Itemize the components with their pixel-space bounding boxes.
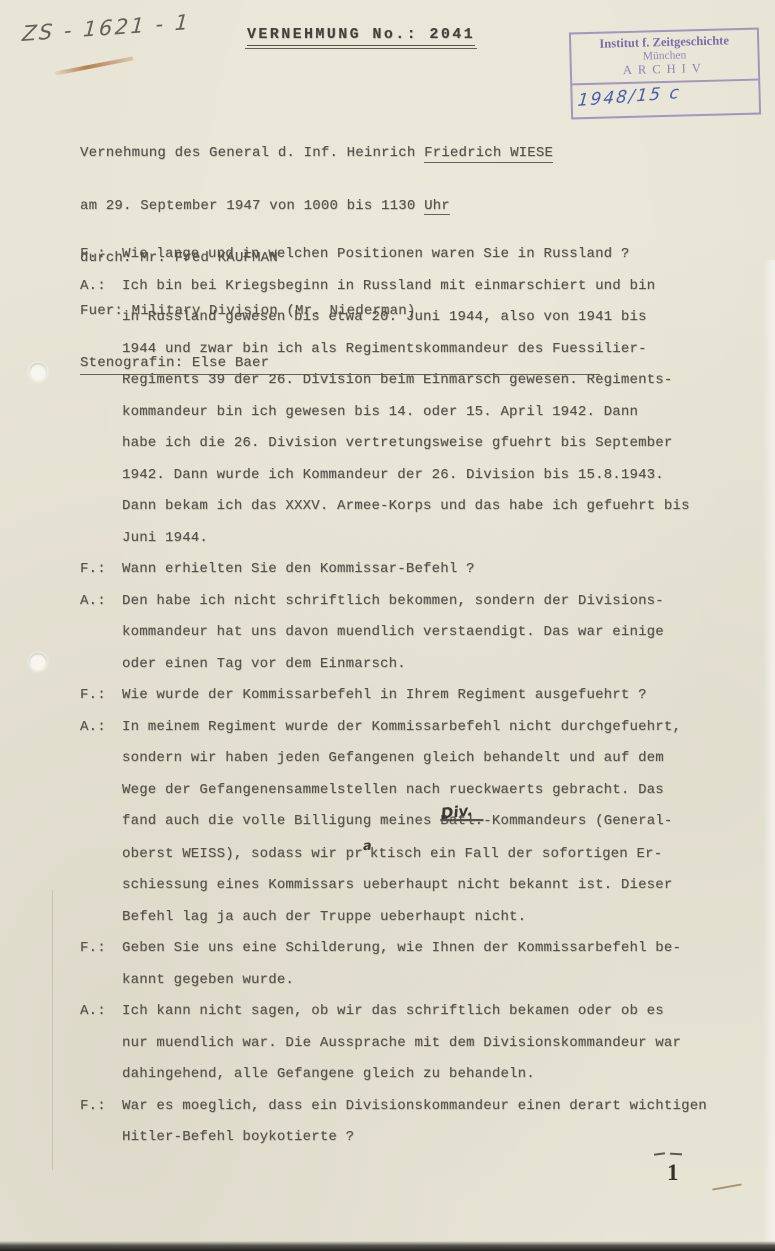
typed-line: dahingehend, alle Gefangene gleich zu be… [122, 1059, 681, 1091]
question-label: F.: [80, 1091, 122, 1154]
typed-line: Befehl lag ja auch der Truppe ueberhaupt… [122, 902, 681, 934]
qa-item: A.:Ich kann nicht sagen, ob wir das schr… [80, 996, 707, 1091]
typed-line: schiessung eines Kommissars ueberhaupt n… [122, 870, 681, 902]
answer-label: A.: [80, 996, 122, 1091]
qa-item: F.:Wann erhielten Sie den Kommissar-Befe… [80, 554, 707, 586]
typed-line: Wann erhielten Sie den Kommissar-Befehl … [122, 554, 475, 586]
qa-text: Wie wurde der Kommissarbefehl in Ihrem R… [122, 680, 647, 712]
qa-text: Wann erhielten Sie den Kommissar-Befehl … [122, 554, 475, 586]
typed-line: Dann bekam ich das XXXV. Armee-Korps und… [122, 491, 690, 523]
typed-line: kommandeur bin ich gewesen bis 14. oder … [122, 397, 690, 429]
struck-word: Batl.Div. [440, 813, 483, 829]
header-line-date: am 29. September 1947 von 1000 bis 1130 … [80, 198, 600, 216]
typed-line: Juni 1944. [122, 523, 690, 555]
pencil-mark [654, 1153, 684, 1159]
typed-line: 1942. Dann wurde ich Kommandeur der 26. … [122, 460, 690, 492]
qa-item: A.:Ich bin bei Kriegsbeginn in Russland … [80, 271, 707, 555]
header-line-subject: Vernehmung des General d. Inf. Heinrich … [80, 145, 600, 163]
qa-text: Ich kann nicht sagen, ob wir das schrift… [122, 996, 681, 1091]
answer-label: A.: [80, 712, 122, 934]
document-title: VERNEHMUNG No.: 2041 [247, 26, 475, 46]
handwritten-archive-ref: ZS - 1621 - 1 [21, 10, 191, 46]
stamp-handwritten-number: 1948/15 c [577, 83, 682, 111]
typed-line: Wie wurde der Kommissarbefehl in Ihrem R… [122, 680, 647, 712]
qa-item: F.:Wie wurde der Kommissarbefehl in Ihre… [80, 680, 707, 712]
archive-stamp: Institut f. Zeitgeschichte München ARCHI… [569, 28, 761, 120]
qa-item: A.:Den habe ich nicht schriftlich bekomm… [80, 586, 707, 681]
typed-line: in Russland gewesen bis etwa 20. Juni 19… [122, 302, 690, 334]
scan-edge-bottom [0, 1241, 775, 1251]
answer-label: A.: [80, 271, 122, 555]
qa-item: F.:War es moeglich, dass ein Divisionsko… [80, 1091, 707, 1154]
typed-line: Wege der Gefangenensammelstellen nach ru… [122, 775, 681, 807]
header-date-uhr: Uhr [424, 198, 450, 216]
page-number: 1 [667, 1160, 679, 1186]
typed-segment: -Kommandeurs (General- [483, 813, 672, 829]
typed-line: Geben Sie uns eine Schilderung, wie Ihne… [122, 933, 681, 965]
question-label: F.: [80, 933, 122, 996]
stamp-archiv-line: ARCHIV [576, 60, 754, 80]
answer-label: A.: [80, 586, 122, 681]
qa-text: War es moeglich, dass ein Divisionskomma… [122, 1091, 707, 1154]
typed-line: Ich bin bei Kriegsbeginn in Russland mit… [122, 271, 690, 303]
typed-line: Hitler-Befehl boykotierte ? [122, 1122, 707, 1154]
typed-line: kannt gegeben wurde. [122, 965, 681, 997]
qa-item: F.:Wie lange und in welchen Positionen w… [80, 239, 707, 271]
typed-segment: oberst WEISS), sodass wir pr [122, 846, 363, 862]
typed-line: habe ich die 26. Division vertretungswei… [122, 428, 690, 460]
typed-line: Den habe ich nicht schriftlich bekommen,… [122, 586, 664, 618]
qa-text: Den habe ich nicht schriftlich bekommen,… [122, 586, 664, 681]
handwritten-correction: Div. [439, 795, 474, 830]
header-subject-pre: Vernehmung des General d. Inf. Heinrich [80, 145, 424, 161]
question-label: F.: [80, 680, 122, 712]
typed-line: fand auch die volle Billigung meines Bat… [122, 806, 681, 838]
typed-segment: ktisch ein Fall der sofortigen Er- [370, 846, 662, 862]
question-label: F.: [80, 239, 122, 271]
scan-edge-right [763, 260, 775, 1251]
hole-punch [29, 653, 47, 671]
scratch-mark [712, 1183, 742, 1190]
archive-stamp-box: Institut f. Zeitgeschichte München ARCHI… [569, 28, 761, 120]
question-label: F.: [80, 554, 122, 586]
typed-line: Ich kann nicht sagen, ob wir das schrift… [122, 996, 681, 1028]
qa-text: Ich bin bei Kriegsbeginn in Russland mit… [122, 271, 690, 555]
typed-line: oberst WEISS), sodass wir praktisch ein … [122, 838, 681, 871]
typed-line: Wie lange und in welchen Positionen ware… [122, 239, 629, 271]
qa-list: F.:Wie lange und in welchen Positionen w… [80, 239, 707, 1154]
qa-item: A.:In meinem Regiment wurde der Kommissa… [80, 712, 707, 934]
typed-line: 1944 und zwar bin ich als Regimentskomma… [122, 334, 690, 366]
qa-item: F.:Geben Sie uns eine Schilderung, wie I… [80, 933, 707, 996]
qa-text: In meinem Regiment wurde der Kommissarbe… [122, 712, 681, 934]
qa-text: Geben Sie uns eine Schilderung, wie Ihne… [122, 933, 681, 996]
header-date-pre: am 29. September 1947 von 1000 bis 1130 [80, 198, 424, 214]
archive-stamp-upper: Institut f. Zeitgeschichte München ARCHI… [571, 30, 758, 86]
crayon-mark [54, 56, 133, 75]
typed-line: sondern wir haben jeden Gefangenen gleic… [122, 743, 681, 775]
document-page: ZS - 1621 - 1 VERNEHMUNG No.: 2041 Insti… [0, 0, 775, 1251]
typed-line: kommandeur hat uns davon muendlich verst… [122, 617, 664, 649]
qa-text: Wie lange und in welchen Positionen ware… [122, 239, 629, 271]
typed-line: Regiments 39 der 26. Division beim Einma… [122, 365, 690, 397]
typed-line: In meinem Regiment wurde der Kommissarbe… [122, 712, 681, 744]
hole-punch [29, 363, 47, 381]
header-subject-name: Friedrich WIESE [424, 145, 553, 163]
paper-crease [52, 890, 53, 1170]
document-title-text: VERNEHMUNG No.: 2041 [247, 26, 475, 46]
typed-segment: fand auch die volle Billigung meines [122, 813, 440, 829]
typed-line: War es moeglich, dass ein Divisionskomma… [122, 1091, 707, 1123]
typed-line: oder einen Tag vor dem Einmarsch. [122, 649, 664, 681]
typed-line: nur muendlich war. Die Aussprache mit de… [122, 1028, 681, 1060]
archive-stamp-lower: 1948/15 c [572, 81, 759, 118]
